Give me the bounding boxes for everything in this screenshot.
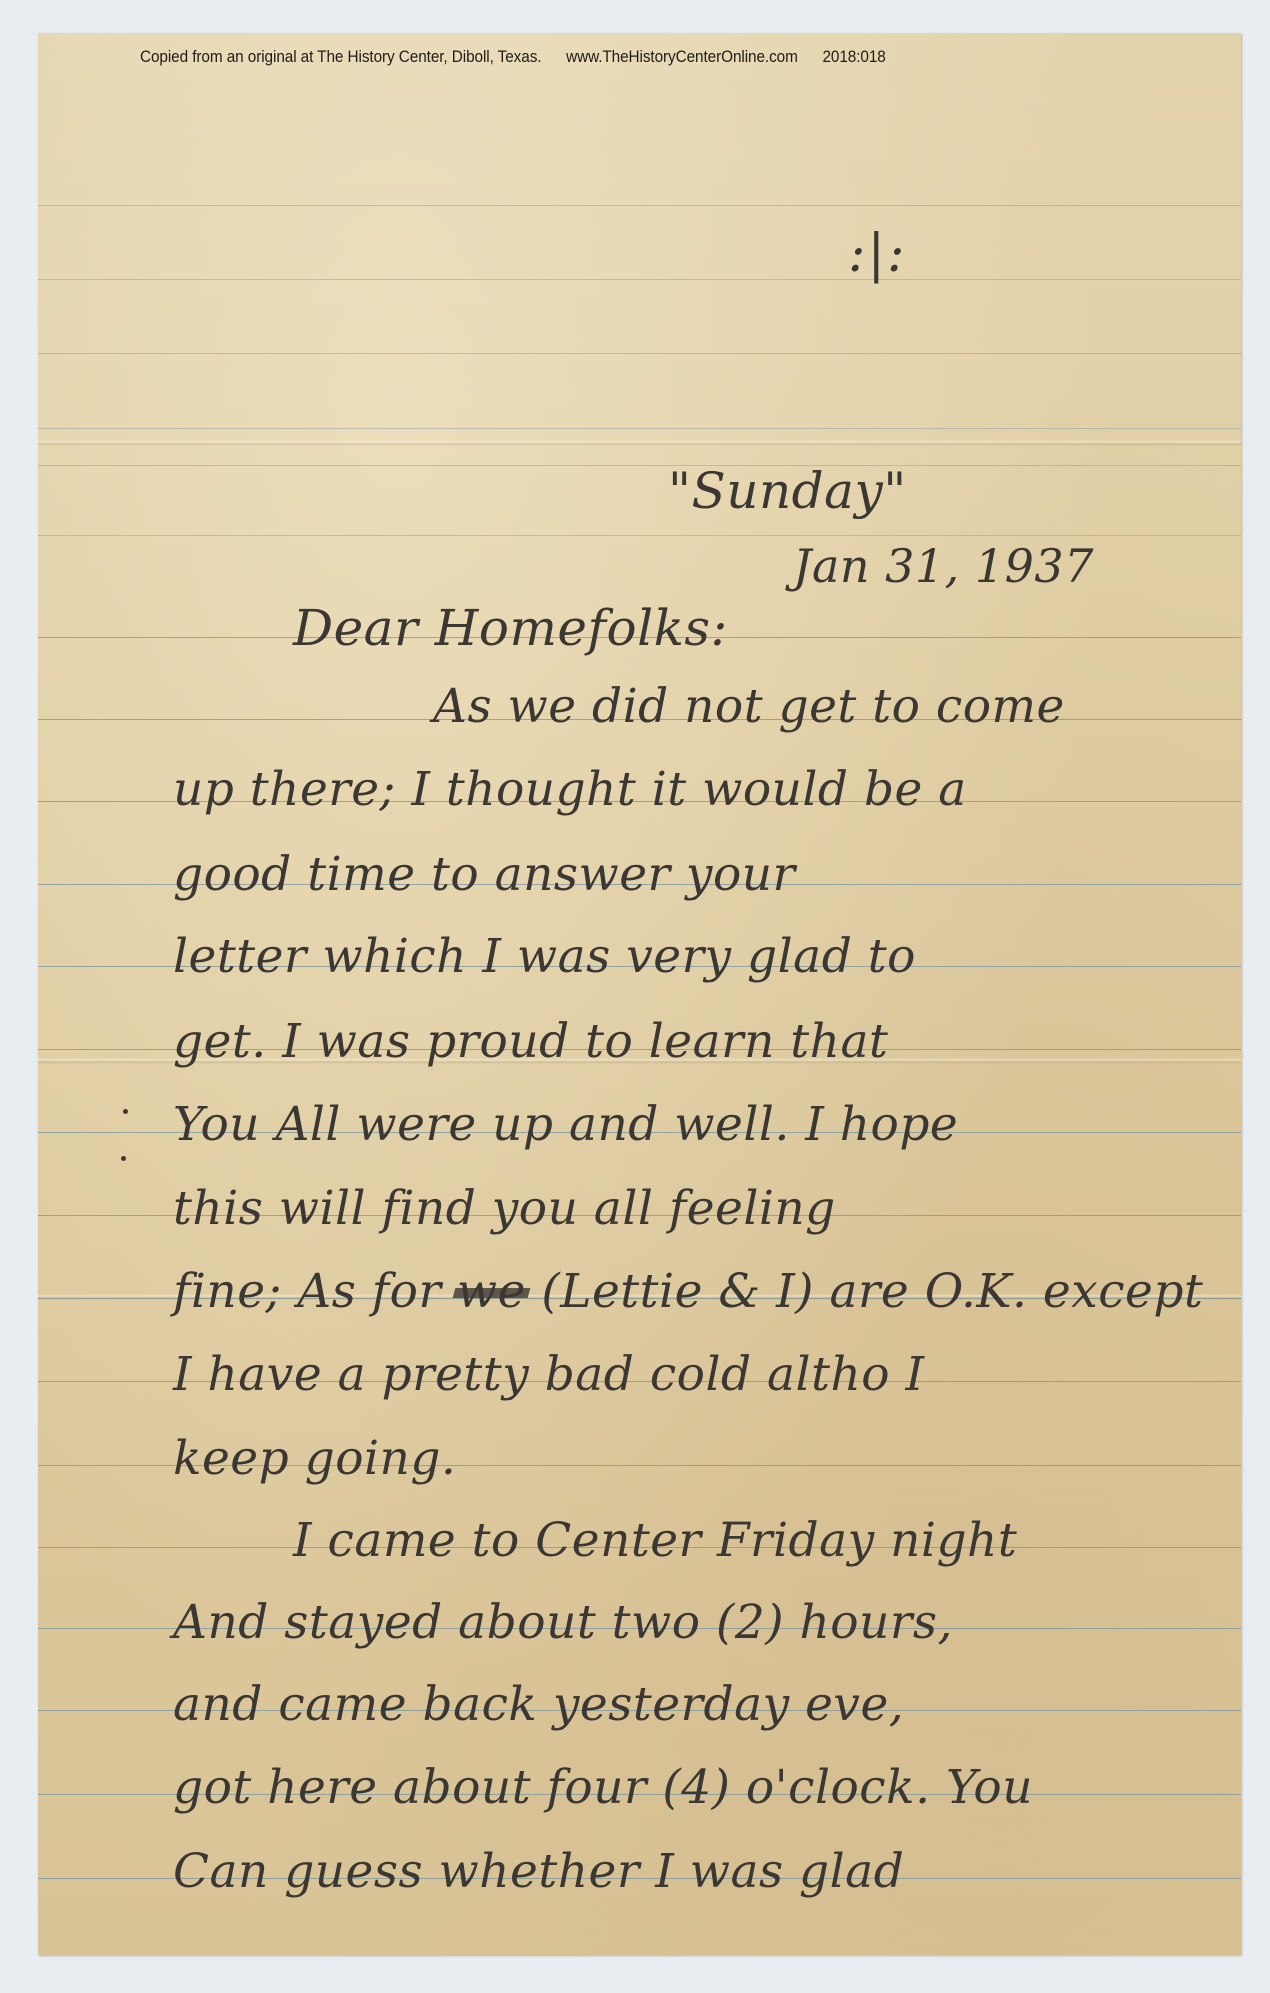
paper-fold [38,440,1241,446]
body-line-14: got here about four (4) o'clock. You [173,1764,1033,1811]
body-line-5: get. I was proud to learn that [173,1018,888,1065]
ink-dot [123,1109,128,1114]
ruled-line [38,353,1241,354]
letter-date: Jan 31, 1937 [793,543,1094,589]
body-line-4: letter which I was very glad to [173,933,916,980]
salutation: Dear Homefolks: [293,603,728,653]
body-line-2: up there; I thought it would be a [173,766,967,813]
body-line-9: I have a pretty bad cold altho I [173,1351,925,1398]
ruled-line [38,465,1241,466]
ruled-line [38,205,1241,206]
archive-source: Copied from an original at The History C… [140,48,541,66]
body-line-8-end: (Lettie & I) are O.K. except [541,1264,1203,1319]
archive-website: www.TheHistoryCenterOnline.com [566,48,798,66]
body-line-13: and came back yesterday eve, [173,1681,904,1728]
body-line-7: this will find you all feeling [173,1185,836,1232]
body-line-8-start: fine; As for [173,1264,441,1319]
struck-out-word: we [457,1268,526,1315]
letter-paper: Copied from an original at The History C… [38,33,1241,1955]
ruled-line [38,279,1241,280]
page-mark: :|: [848,228,907,280]
ruled-line [38,428,1241,429]
body-line-1: As we did not get to come [433,683,1065,730]
scanned-page: Copied from an original at The History C… [0,0,1270,1993]
archive-accession: 2018:018 [822,48,885,66]
body-line-11: I came to Center Friday night [293,1517,1017,1564]
body-line-10: keep going. [173,1435,456,1482]
body-line-8: fine; As for we (Lettie & I) are O.K. ex… [173,1268,1203,1315]
letter-day: "Sunday" [668,466,907,516]
body-line-3: good time to answer your [173,851,796,898]
archive-caption: Copied from an original at The History C… [140,48,906,67]
body-line-6: You All were up and well. I hope [173,1101,958,1148]
ink-dot [121,1156,126,1161]
body-line-12: And stayed about two (2) hours, [173,1599,953,1646]
body-line-15: Can guess whether I was glad [173,1848,904,1895]
ruled-line [38,535,1241,536]
